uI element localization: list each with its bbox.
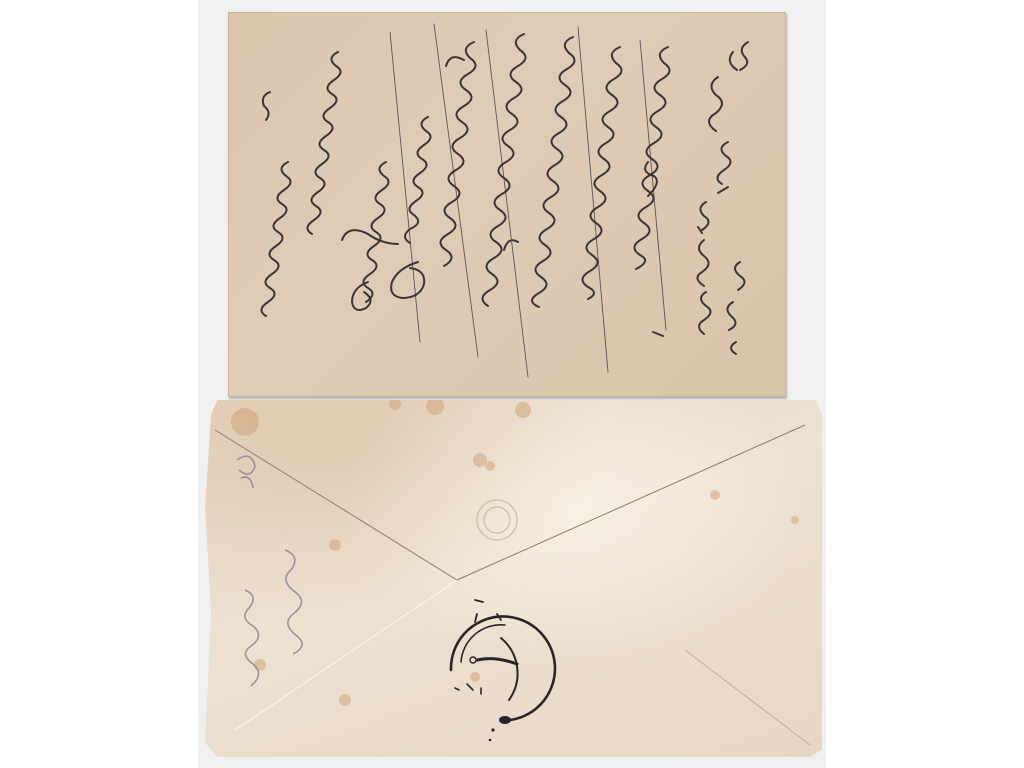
embossed-seal xyxy=(477,500,517,540)
handwriting xyxy=(228,12,786,397)
pencil-notes xyxy=(237,456,302,686)
envelope-markings xyxy=(205,400,822,757)
flap-lines xyxy=(215,425,810,745)
postmark xyxy=(451,600,555,720)
envelope-back: circular double-ring postmark (text ille… xyxy=(205,400,822,757)
postmark-ink-blot xyxy=(489,716,511,741)
letter-card: 1926 xyxy=(228,12,786,397)
